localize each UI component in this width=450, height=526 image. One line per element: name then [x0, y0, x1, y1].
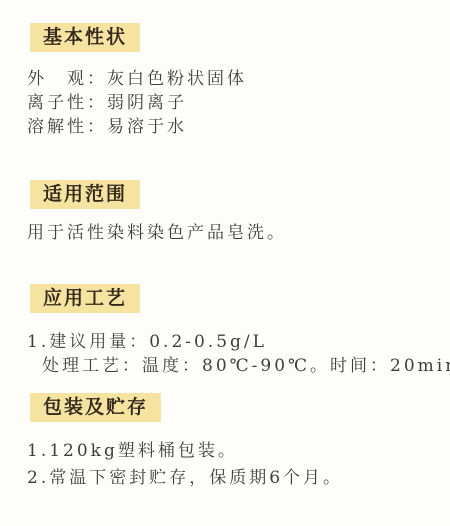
section-heading-packaging-storage: 包装及贮存 — [30, 393, 161, 422]
section-basic-properties: 基本性状 外 观：灰白色粉状固体 离子性：弱阴离子 溶解性：易溶于水 — [27, 23, 430, 139]
text-line-ionicity: 离子性：弱阴离子 — [27, 91, 430, 115]
section-heading-application-process: 应用工艺 — [30, 284, 140, 313]
section-application-process: 应用工艺 1.建议用量：0.2-0.5g/L 处理工艺：温度：80℃-90℃。时… — [27, 284, 430, 378]
product-datasheet-page: 基本性状 外 观：灰白色粉状固体 离子性：弱阴离子 溶解性：易溶于水 适用范围 … — [0, 0, 450, 526]
section-body-packaging-storage: 1.120kg塑料桶包装。 2.常温下密封贮存，保质期6个月。 — [27, 438, 430, 492]
text-line-solubility: 溶解性：易溶于水 — [27, 115, 430, 139]
text-line-storage: 2.常温下密封贮存，保质期6个月。 — [27, 465, 430, 492]
section-body-basic-properties: 外 观：灰白色粉状固体 离子性：弱阴离子 溶解性：易溶于水 — [27, 67, 430, 139]
section-body-application-scope: 用于活性染料染色产品皂洗。 — [27, 221, 430, 245]
text-line-packaging: 1.120kg塑料桶包装。 — [27, 438, 430, 465]
section-body-application-process: 1.建议用量：0.2-0.5g/L 处理工艺：温度：80℃-90℃。时间：20m… — [27, 330, 430, 378]
section-packaging-storage: 包装及贮存 1.120kg塑料桶包装。 2.常温下密封贮存，保质期6个月。 — [27, 393, 430, 492]
text-line-process-conditions: 处理工艺：温度：80℃-90℃。时间：20min — [27, 354, 430, 378]
section-application-scope: 适用范围 用于活性染料染色产品皂洗。 — [27, 180, 430, 245]
text-line-scope: 用于活性染料染色产品皂洗。 — [27, 221, 430, 245]
section-heading-application-scope: 适用范围 — [30, 180, 140, 209]
text-line-appearance: 外 观：灰白色粉状固体 — [27, 67, 430, 91]
section-heading-basic-properties: 基本性状 — [30, 23, 140, 52]
text-line-dosage: 1.建议用量：0.2-0.5g/L — [27, 330, 430, 354]
